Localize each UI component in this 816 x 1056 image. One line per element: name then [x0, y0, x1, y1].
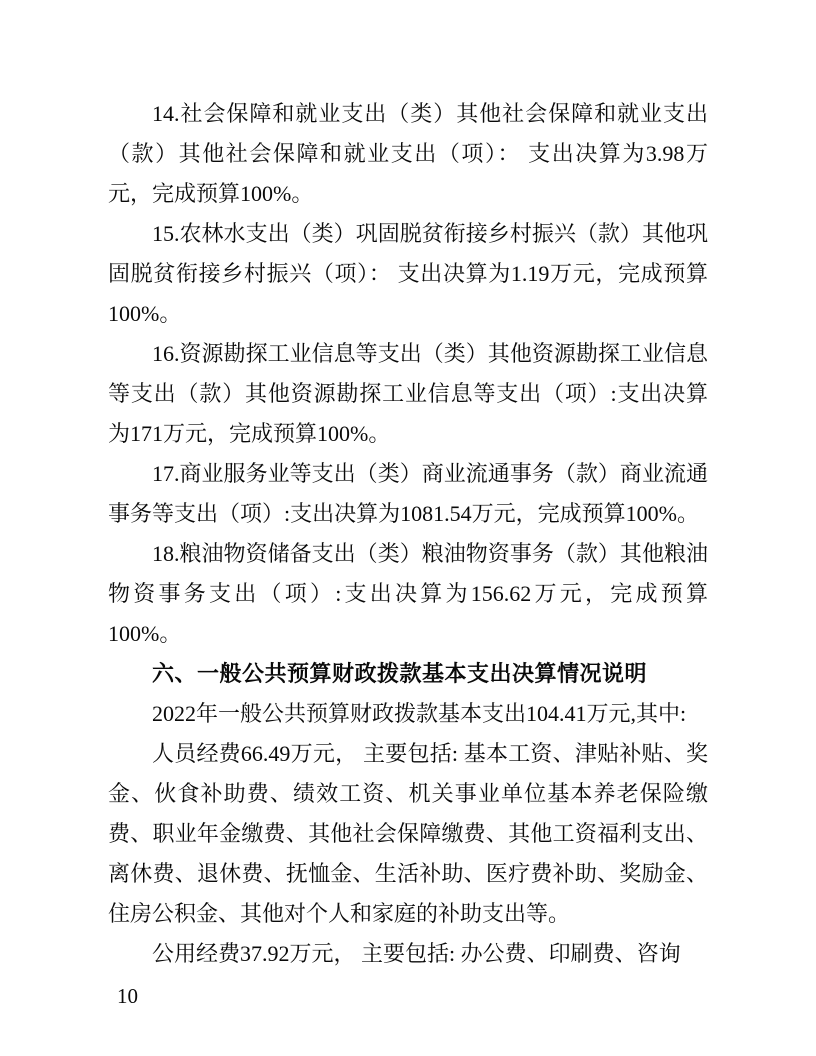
paragraph-item-17: 17.商业服务业等支出（类）商业流通事务（款）商业流通事务等支出（项）:支出决算…: [108, 454, 708, 534]
paragraph-item-18: 18.粮油物资储备支出（类）粮油物资事务（款）其他粮油物资事务支出（项）:支出决…: [108, 534, 708, 654]
paragraph-item-16: 16.资源勘探工业信息等支出（类）其他资源勘探工业信息等支出（款）其他资源勘探工…: [108, 334, 708, 454]
document-page: 14.社会保障和就业支出（类）其他社会保障和就业支出（款）其他社会保障和就业支出…: [0, 0, 816, 1056]
document-body: 14.社会保障和就业支出（类）其他社会保障和就业支出（款）其他社会保障和就业支出…: [108, 94, 708, 974]
paragraph-item-14: 14.社会保障和就业支出（类）其他社会保障和就业支出（款）其他社会保障和就业支出…: [108, 94, 708, 214]
section-heading-six: 六、一般公共预算财政拨款基本支出决算情况说明: [108, 654, 708, 694]
paragraph-item-15: 15.农林水支出（类）巩固脱贫衔接乡村振兴（款）其他巩固脱贫衔接乡村振兴（项）：…: [108, 214, 708, 334]
paragraph-public-funds: 公用经费37.92万元， 主要包括: 办公费、印刷费、咨询: [108, 934, 708, 974]
paragraph-personnel-funds: 人员经费66.49万元， 主要包括: 基本工资、津贴补贴、奖金、伙食补助费、绩效…: [108, 734, 708, 934]
page-number: 10: [117, 982, 138, 1010]
paragraph-total-basic-expenditure: 2022年一般公共预算财政拨款基本支出104.41万元,其中:: [108, 694, 708, 734]
